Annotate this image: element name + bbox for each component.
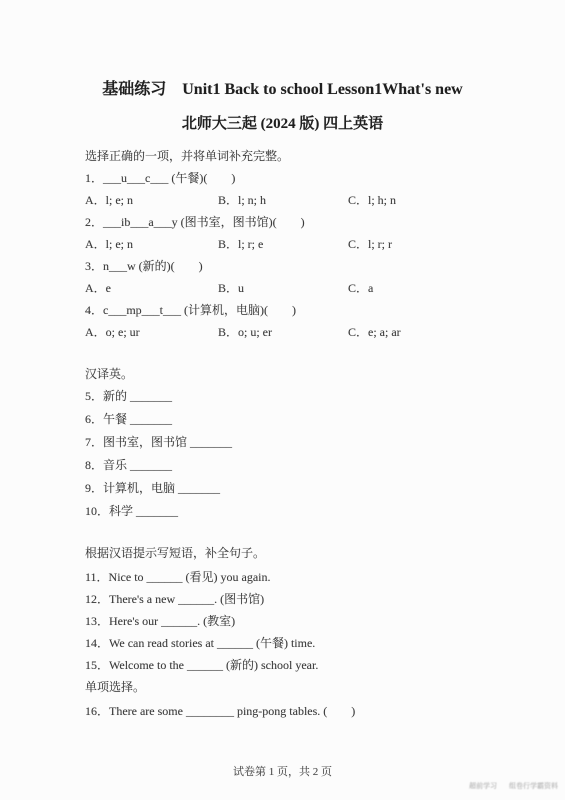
translate-item: 6．午餐 _______ [85,407,527,430]
option-a: A．l; e; n [85,235,218,252]
option-b: B．u [218,279,348,296]
section-sentence-completion: 根据汉语提示写短语，补全句子。 11．Nice to ______ (看见) y… [85,541,527,675]
option-a: A．l; e; n [85,191,218,208]
sentence-item: 11．Nice to ______ (看见) you again. [85,565,527,587]
translate-item: 7．图书室，图书馆 _______ [85,430,527,453]
options-row: A．o; e; ur B．o; u; er C．e; a; ar [85,320,527,342]
sentence-item: 15．Welcome to the ______ (新的) school yea… [85,653,527,675]
option-b: B．o; u; er [218,323,348,340]
translate-item: 9．计算机，电脑 _______ [85,476,527,499]
question-stem: 2．___ib___a___y (图书室，图书馆)( ) [85,210,527,232]
section-instruction: 选择正确的一项，并将单词补充完整。 [85,144,527,166]
section-word-completion: 选择正确的一项，并将单词补充完整。 1．___u___c___ (午餐)( ) … [85,144,527,342]
watermark-right: 组卷行学霸资料 [509,781,558,791]
sentence-item: 12．There's a new ______. (图书馆) [85,587,527,609]
option-c: C．a [348,279,527,296]
option-c: C．l; h; n [348,191,527,208]
page-header: 基础练习 Unit1 Back to school Lesson1What's … [0,0,565,134]
options-row: A．e B．u C．a [85,276,527,298]
watermark: 超前学习 组卷行学霸资料 [469,781,558,791]
section-single-choice: 单项选择。 16．There are some ________ ping-po… [85,675,527,721]
section-instruction: 根据汉语提示写短语，补全句子。 [85,541,527,563]
option-a: A．o; e; ur [85,323,218,340]
question-stem: 3．n___w (新的)( ) [85,254,527,276]
sentence-item: 13．Here's our ______. (教室) [85,609,527,631]
option-c: C．e; a; ar [348,323,527,340]
translate-item: 5．新的 _______ [85,384,527,407]
page-footer: 试卷第 1 页，共 2 页 [0,762,565,782]
test-paper-page: 基础练习 Unit1 Back to school Lesson1What's … [0,0,565,800]
paper-body: 选择正确的一项，并将单词补充完整。 1．___u___c___ (午餐)( ) … [85,144,527,721]
translate-item: 10．科学 _______ [85,499,527,522]
option-a: A．e [85,279,218,296]
page-title: 基础练习 Unit1 Back to school Lesson1What's … [0,80,565,100]
question-stem: 1．___u___c___ (午餐)( ) [85,166,527,188]
translate-item: 8．音乐 _______ [85,453,527,476]
section-translation: 汉译英。 5．新的 _______ 6．午餐 _______ 7．图书室，图书馆… [85,362,527,522]
sentence-item: 14．We can read stories at ______ (午餐) ti… [85,631,527,653]
section-instruction: 单项选择。 [85,675,527,697]
option-b: B．l; r; e [218,235,348,252]
option-b: B．l; n; h [218,191,348,208]
watermark-left: 超前学习 [469,781,497,791]
single-choice-item: 16．There are some ________ ping-pong tab… [85,699,527,721]
options-row: A．l; e; n B．l; r; e C．l; r; r [85,232,527,254]
option-c: C．l; r; r [348,235,527,252]
page-subtitle: 北师大三起 (2024 版) 四上英语 [0,114,565,134]
question-stem: 4．c___mp___t___ (计算机，电脑)( ) [85,298,527,320]
options-row: A．l; e; n B．l; n; h C．l; h; n [85,188,527,210]
section-instruction: 汉译英。 [85,362,527,384]
